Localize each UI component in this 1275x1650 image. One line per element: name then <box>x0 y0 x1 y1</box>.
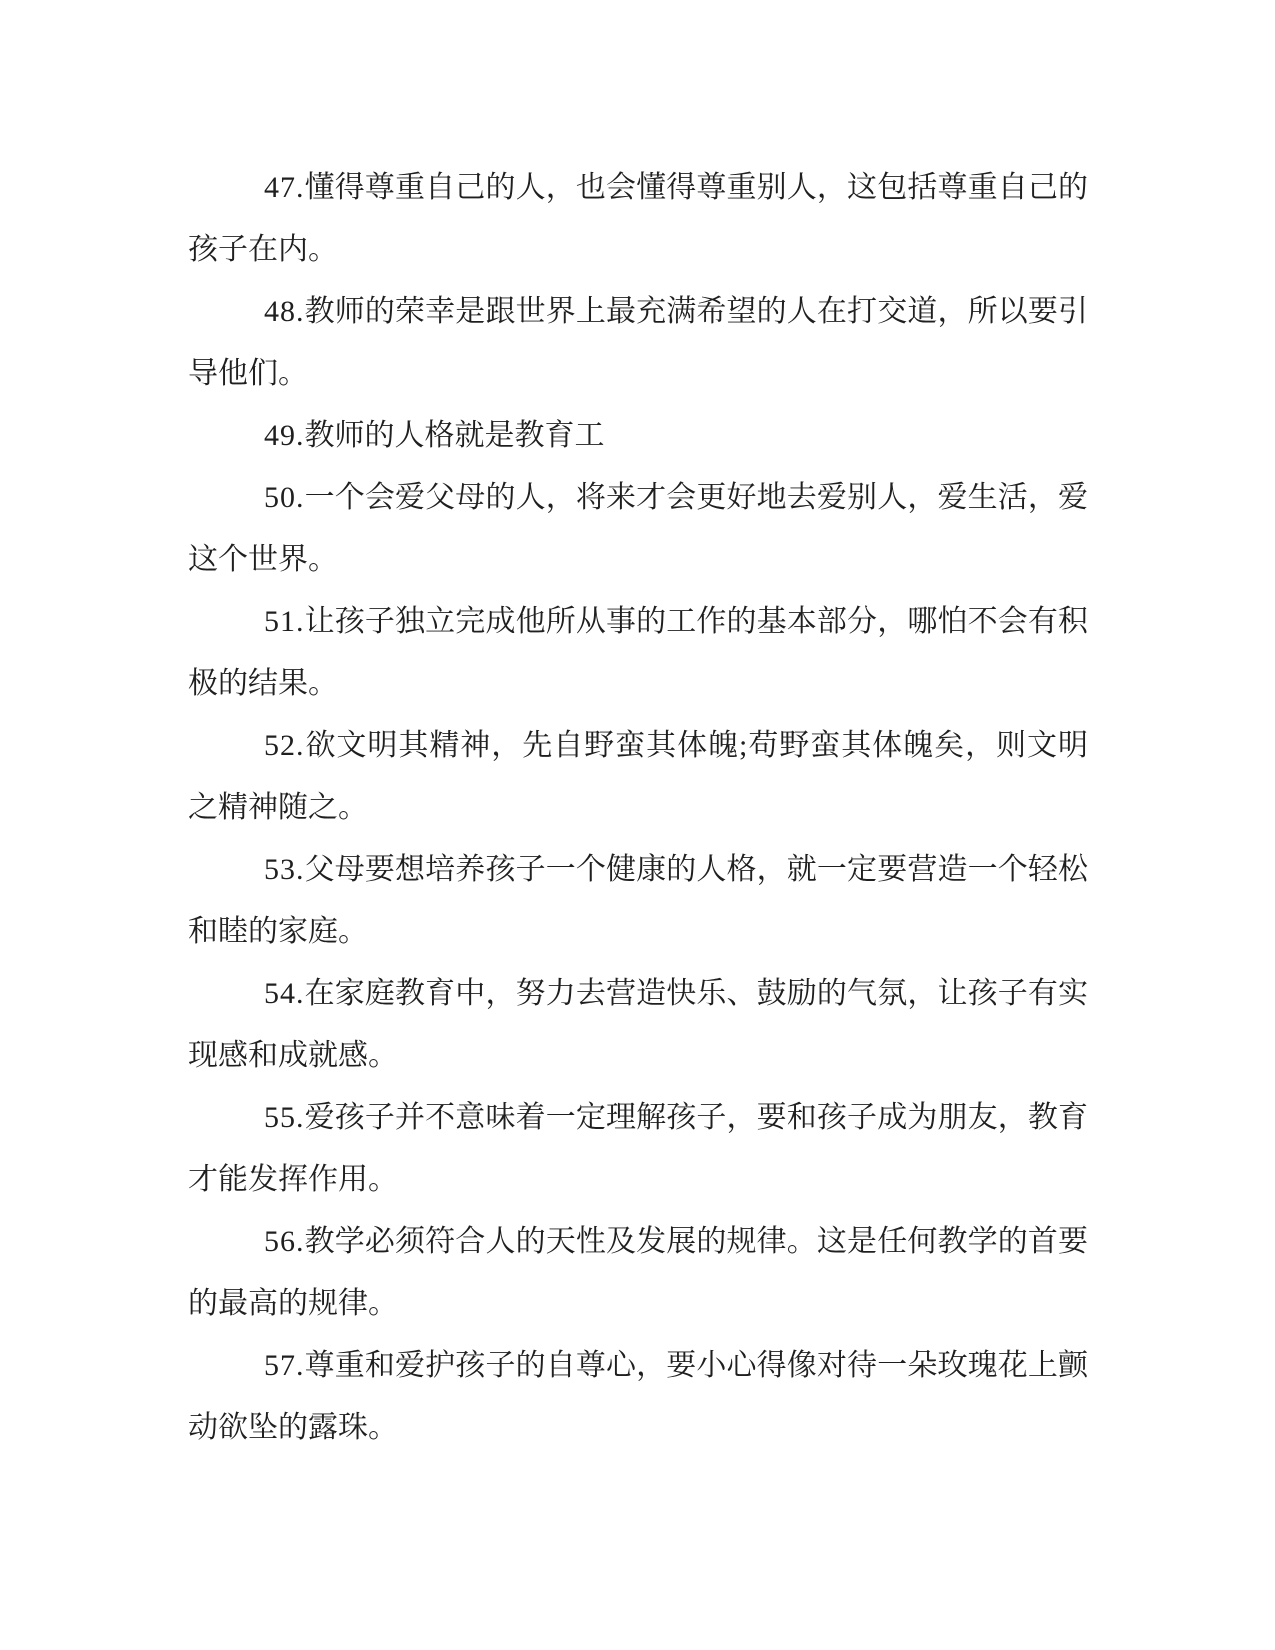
quote-number: 55. <box>264 1101 305 1134</box>
quote-item-49: 49.教师的人格就是教育工 <box>188 405 1088 467</box>
quote-item-56: 56.教学必须符合人的天性及发展的规律。这是任何教学的首要的最高的规律。 <box>188 1211 1088 1335</box>
quote-text: 懂得尊重自己的人，也会懂得尊重别人，这包括尊重自己的孩子在内。 <box>188 171 1088 266</box>
quote-item-52: 52.欲文明其精神，先自野蛮其体魄;苟野蛮其体魄矣，则文明之精神随之。 <box>188 715 1088 839</box>
quote-number: 49. <box>264 419 305 452</box>
quote-list: 47.懂得尊重自己的人，也会懂得尊重别人，这包括尊重自己的孩子在内。 48.教师… <box>188 157 1088 1459</box>
quote-item-47: 47.懂得尊重自己的人，也会懂得尊重别人，这包括尊重自己的孩子在内。 <box>188 157 1088 281</box>
quote-number: 50. <box>264 481 305 514</box>
quote-item-51: 51.让孩子独立完成他所从事的工作的基本部分，哪怕不会有积极的结果。 <box>188 591 1088 715</box>
quote-text: 欲文明其精神，先自野蛮其体魄;苟野蛮其体魄矣，则文明之精神随之。 <box>188 729 1088 824</box>
quote-item-50: 50.一个会爱父母的人，将来才会更好地去爱别人，爱生活，爱这个世界。 <box>188 467 1088 591</box>
quote-item-57: 57.尊重和爱护孩子的自尊心，要小心得像对待一朵玫瑰花上颤动欲坠的露珠。 <box>188 1335 1088 1459</box>
quote-item-53: 53.父母要想培养孩子一个健康的人格，就一定要营造一个轻松和睦的家庭。 <box>188 839 1088 963</box>
quote-text: 尊重和爱护孩子的自尊心，要小心得像对待一朵玫瑰花上颤动欲坠的露珠。 <box>188 1349 1088 1444</box>
quote-text: 教师的荣幸是跟世界上最充满希望的人在打交道，所以要引导他们。 <box>188 295 1088 390</box>
quote-text: 让孩子独立完成他所从事的工作的基本部分，哪怕不会有积极的结果。 <box>188 605 1088 700</box>
quote-number: 54. <box>264 977 305 1010</box>
quote-text: 在家庭教育中，努力去营造快乐、鼓励的气氛，让孩子有实现感和成就感。 <box>188 977 1088 1072</box>
quote-number: 51. <box>264 605 305 638</box>
quote-item-55: 55.爱孩子并不意味着一定理解孩子，要和孩子成为朋友，教育才能发挥作用。 <box>188 1087 1088 1211</box>
quote-number: 47. <box>264 171 305 204</box>
quote-text: 父母要想培养孩子一个健康的人格，就一定要营造一个轻松和睦的家庭。 <box>188 853 1088 948</box>
quote-number: 53. <box>264 853 305 886</box>
quote-text: 爱孩子并不意味着一定理解孩子，要和孩子成为朋友，教育才能发挥作用。 <box>188 1101 1088 1196</box>
quote-text: 教师的人格就是教育工 <box>305 419 605 452</box>
document-page: 47.懂得尊重自己的人，也会懂得尊重别人，这包括尊重自己的孩子在内。 48.教师… <box>0 0 1275 1650</box>
quote-text: 教学必须符合人的天性及发展的规律。这是任何教学的首要的最高的规律。 <box>188 1225 1088 1320</box>
quote-number: 56. <box>264 1225 305 1258</box>
quote-number: 48. <box>264 295 305 328</box>
quote-item-54: 54.在家庭教育中，努力去营造快乐、鼓励的气氛，让孩子有实现感和成就感。 <box>188 963 1088 1087</box>
quote-number: 52. <box>264 729 305 762</box>
quote-item-48: 48.教师的荣幸是跟世界上最充满希望的人在打交道，所以要引导他们。 <box>188 281 1088 405</box>
quote-text: 一个会爱父母的人，将来才会更好地去爱别人，爱生活，爱这个世界。 <box>188 481 1088 576</box>
quote-number: 57. <box>264 1349 305 1382</box>
